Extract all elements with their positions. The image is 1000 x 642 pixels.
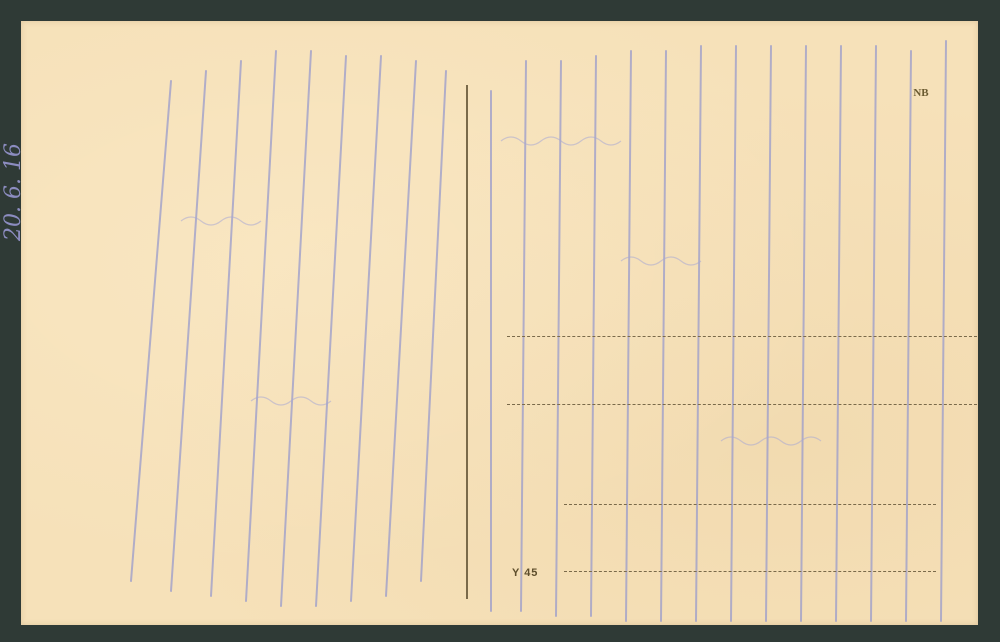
center-divider-line [466, 85, 468, 599]
address-line-3 [564, 504, 936, 505]
postcard: 20. 6. 16 Y 45 NB [21, 21, 978, 625]
handwriting-strokes [21, 21, 978, 625]
printed-code: Y 45 [512, 567, 538, 579]
address-line-2 [507, 404, 977, 405]
handwritten-date: 20. 6. 16 [1, 143, 26, 241]
address-line-4 [564, 571, 936, 572]
address-line-1 [507, 336, 977, 337]
publisher-monogram-icon: NB [908, 88, 934, 114]
